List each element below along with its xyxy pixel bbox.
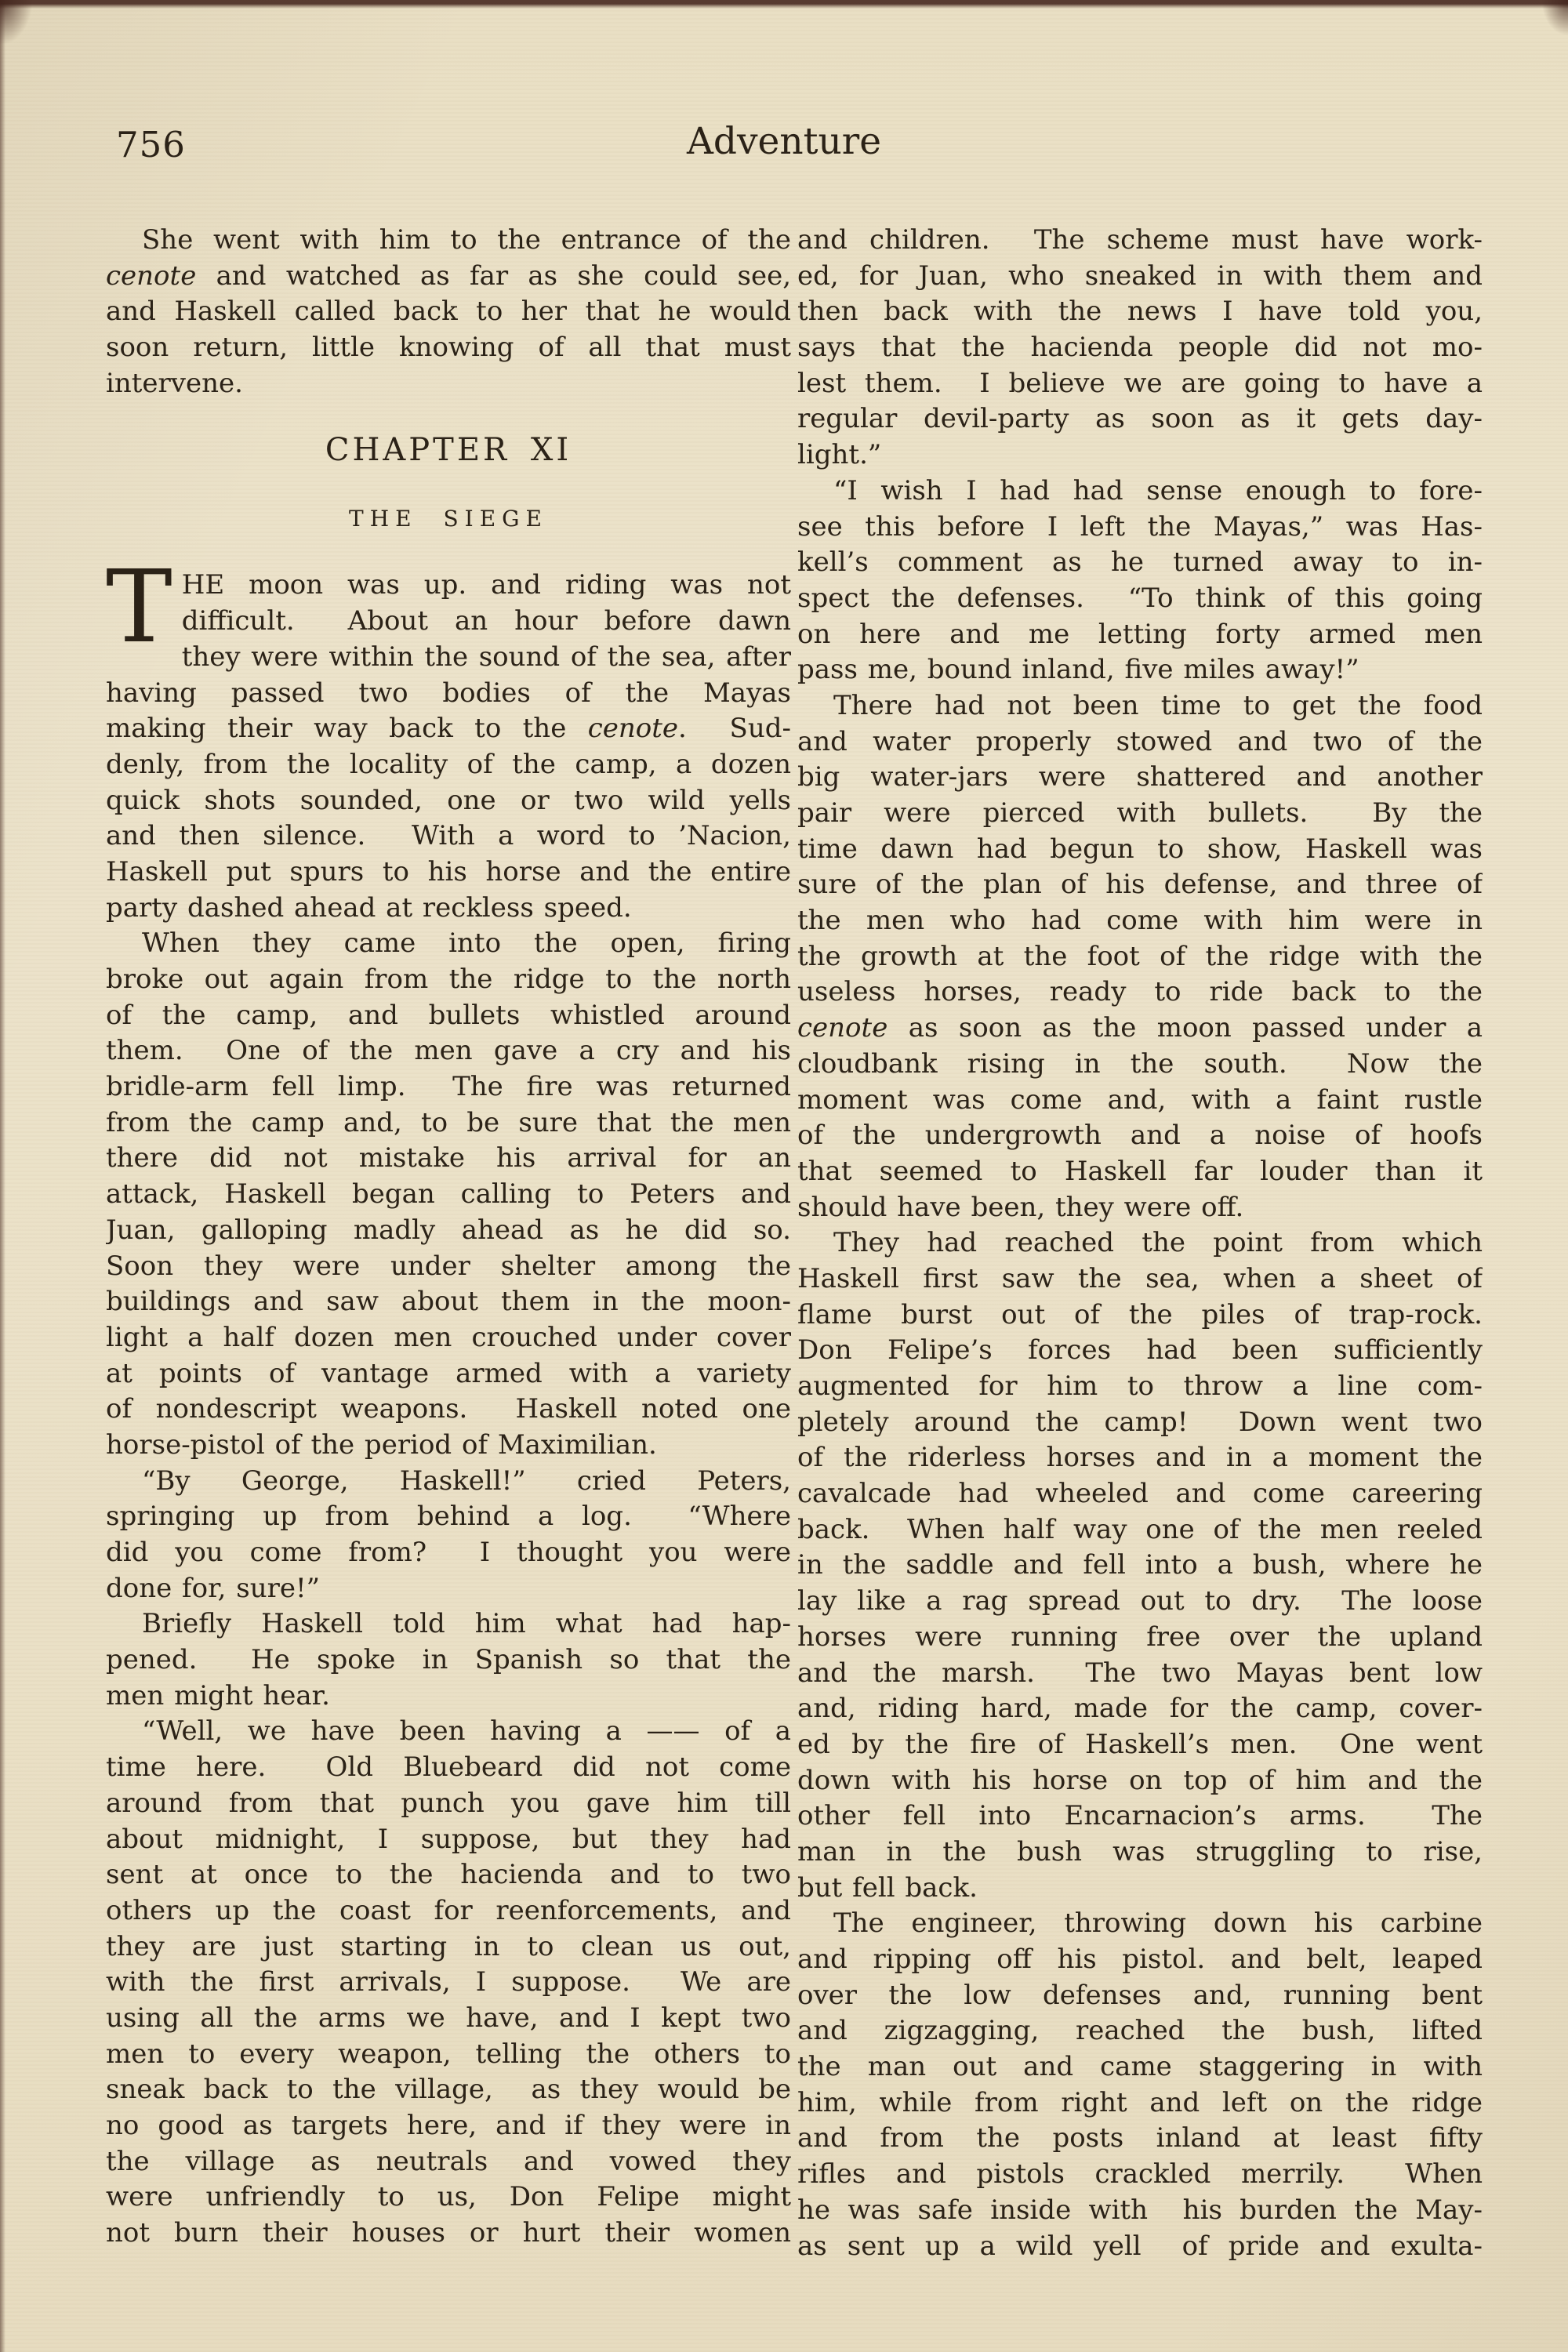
text-line: cavalcade had wheeled and come careering	[797, 1476, 1483, 1512]
text-line: in the saddle and fell into a bush, wher…	[797, 1548, 1483, 1584]
text-line: there did not mistake his arrival for an	[106, 1141, 791, 1177]
text-line: says that the hacienda people did not mo…	[797, 330, 1483, 366]
text-line: of the camp, and bullets whistled around	[106, 998, 791, 1034]
text-line: they were within the sound of the sea, a…	[182, 640, 791, 676]
text-line: he was safe inside with his burden the M…	[797, 2193, 1483, 2229]
text-line: of the riderless horses and in a moment …	[797, 1440, 1483, 1476]
text-line: the growth at the foot of the ridge with…	[797, 939, 1483, 975]
paragraph: Briefly Haskell told him what had hap-pe…	[106, 1606, 791, 1714]
text-line: ed by the fire of Haskell’s men. One wen…	[797, 1727, 1483, 1763]
sub-heading: THE SIEGE	[106, 505, 791, 533]
paragraph: They had reached the point from whichHas…	[797, 1225, 1483, 1906]
text-line: lay like a rag spread out to dry. The lo…	[797, 1584, 1483, 1620]
text-line: Haskell first saw the sea, when a sheet …	[797, 1261, 1483, 1298]
paragraph: She went with him to the entrance of the…	[106, 223, 791, 401]
text-line: pletely around the camp! Down went two	[797, 1405, 1483, 1441]
scan-edge-left	[0, 0, 5, 2352]
text-line: “By George, Haskell!” cried Peters,	[106, 1464, 791, 1500]
text-line: light a half dozen men crouched under co…	[106, 1320, 791, 1356]
left-column: She went with him to the entrance of the…	[106, 223, 791, 2252]
text-line: of the undergrowth and a noise of hoofs	[797, 1118, 1483, 1154]
text-line: not burn their houses or hurt their wome…	[106, 2216, 791, 2252]
text-line: but fell back.	[797, 1871, 1483, 1907]
text-line: kell’s comment as he turned away to in-	[797, 545, 1483, 581]
text-line: springing up from behind a log. “Where	[106, 1499, 791, 1535]
text-line: man in the bush was struggling to rise,	[797, 1835, 1483, 1871]
text-line: difficult. About an hour before dawn	[182, 604, 791, 640]
text-line: on here and me letting forty armed men	[797, 617, 1483, 653]
text-line: and ripping off his pistol. and belt, le…	[797, 1942, 1483, 1978]
text-line: bridle-arm fell limp. The fire was retur…	[106, 1069, 791, 1105]
text-line: and then silence. With a word to ’Nacion…	[106, 818, 791, 855]
text-line: horses were running free over the upland	[797, 1620, 1483, 1656]
text-line: denly, from the locality of the camp, a …	[106, 747, 791, 783]
text-line: at points of vantage armed with a variet…	[106, 1356, 791, 1392]
text-line: him, while from right and left on the ri…	[797, 2085, 1483, 2122]
text-line: they are just starting in to clean us ou…	[106, 1929, 791, 1965]
text-line: them. One of the men gave a cry and his	[106, 1033, 791, 1069]
text-line: and children. The scheme must have work-	[797, 223, 1483, 259]
text-line: of nondescript weapons. Haskell noted on…	[106, 1392, 791, 1428]
text-line: men to every weapon, telling the others …	[106, 2037, 791, 2073]
text-line: sure of the plan of his defense, and thr…	[797, 867, 1483, 903]
text-line: the village as neutrals and vowed they	[106, 2144, 791, 2180]
text-line: and water properly stowed and two of the	[797, 724, 1483, 760]
text-line: done for, sure!”	[106, 1571, 791, 1607]
text-line: Juan, galloping madly ahead as he did so…	[106, 1213, 791, 1249]
paragraph: There had not been time to get the fooda…	[797, 688, 1483, 1225]
text-line: She went with him to the entrance of the	[106, 223, 791, 259]
text-line: see this before I left the Mayas,” was H…	[797, 510, 1483, 546]
text-line: over the low defenses and, running bent	[797, 1978, 1483, 2014]
text-line: and zigzagging, reached the bush, lifted	[797, 2013, 1483, 2049]
text-line: spect the defenses. “To think of this go…	[797, 581, 1483, 617]
text-line: Briefly Haskell told him what had hap-	[106, 1606, 791, 1642]
text-line: and the marsh. The two Mayas bent low	[797, 1656, 1483, 1692]
chapter-heading: CHAPTER XI	[106, 431, 791, 469]
text-line: regular devil-party as soon as it gets d…	[797, 401, 1483, 437]
text-line: quick shots sounded, one or two wild yel…	[106, 783, 791, 819]
text-line: and from the posts inland at least fifty	[797, 2121, 1483, 2157]
text-line: time here. Old Bluebeard did not come	[106, 1750, 791, 1786]
text-line: were unfriendly to us, Don Felipe might	[106, 2180, 791, 2216]
text-line: ed, for Juan, who sneaked in with them a…	[797, 259, 1483, 295]
magazine-page: 756 Adventure She went with him to the e…	[0, 0, 1568, 2352]
text-line: pened. He spoke in Spanish so that the	[106, 1642, 791, 1679]
text-line: should have been, they were off.	[797, 1190, 1483, 1226]
scan-corner-top-left	[0, 0, 33, 45]
text-line: did you come from? I thought you were	[106, 1535, 791, 1571]
text-line: augmented for him to throw a line com-	[797, 1369, 1483, 1405]
paragraph: The engineer, throwing down his carbinea…	[797, 1906, 1483, 2264]
text-line: buildings and saw about them in the moon…	[106, 1284, 791, 1320]
text-line: “I wish I had had sense enough to fore-	[797, 474, 1483, 510]
text-line: making their way back to the cenote. Sud…	[106, 711, 791, 747]
text-line: about midnight, I suppose, but they had	[106, 1822, 791, 1858]
text-line: soon return, little knowing of all that …	[106, 330, 791, 366]
text-line: useless horses, ready to ride back to th…	[797, 975, 1483, 1011]
text-line: and, riding hard, made for the camp, cov…	[797, 1691, 1483, 1727]
text-line: cloudbank rising in the south. Now the	[797, 1047, 1483, 1083]
text-line: men might hear.	[106, 1679, 791, 1715]
text-line: and Haskell called back to her that he w…	[106, 294, 791, 330]
text-line: intervene.	[106, 366, 791, 402]
text-line: Soon they were under shelter among the	[106, 1249, 791, 1285]
text-line: having passed two bodies of the Mayas	[106, 676, 791, 712]
text-line: other fell into Encarnacion’s arms. The	[797, 1798, 1483, 1835]
text-line: as sent up a wild yell of pride and exul…	[797, 2229, 1483, 2265]
paragraph: “I wish I had had sense enough to fore-s…	[797, 474, 1483, 688]
text-line: with the first arrivals, I suppose. We a…	[106, 1965, 791, 2001]
text-line: lest them. I believe we are going to hav…	[797, 366, 1483, 402]
text-line: “Well, we have been having a —— of a	[106, 1714, 791, 1750]
text-line: moment was come and, with a faint rustle	[797, 1083, 1483, 1119]
text-line: sent at once to the hacienda and to two	[106, 1857, 791, 1893]
text-line: back. When half way one of the men reele…	[797, 1512, 1483, 1548]
text-line: They had reached the point from which	[797, 1225, 1483, 1261]
text-line: around from that punch you gave him till	[106, 1786, 791, 1822]
text-line: others up the coast for reenforcements, …	[106, 1893, 791, 1929]
text-line: Don Felipe’s forces had been sufficientl…	[797, 1333, 1483, 1369]
text-line: HE moon was up. and riding was not	[182, 568, 791, 604]
running-title: Adventure	[0, 120, 1568, 163]
text-line: cenote as soon as the moon passed under …	[797, 1011, 1483, 1047]
scan-edge-top	[0, 0, 1568, 9]
text-line: sneak back to the village, as they would…	[106, 2072, 791, 2108]
paragraph: “Well, we have been having a —— of atime…	[106, 1714, 791, 2251]
text-line: broke out again from the ridge to the no…	[106, 962, 791, 998]
text-line: pass me, bound inland, five miles away!”	[797, 652, 1483, 688]
text-line: down with his horse on top of him and th…	[797, 1763, 1483, 1799]
paragraph: THE moon was up. and riding was notdiffi…	[106, 568, 791, 926]
text-line: horse-pistol of the period of Maximilian…	[106, 1428, 791, 1464]
text-line: When they came into the open, firing	[106, 926, 791, 962]
paragraph: “By George, Haskell!” cried Peters,sprin…	[106, 1464, 791, 1607]
text-line: light.”	[797, 437, 1483, 474]
text-line: then back with the news I have told you,	[797, 294, 1483, 330]
text-line: rifles and pistols crackled merrily. Whe…	[797, 2157, 1483, 2193]
right-column: and children. The scheme must have work-…	[797, 223, 1483, 2264]
paragraph: and children. The scheme must have work-…	[797, 223, 1483, 474]
drop-cap: T	[106, 569, 172, 644]
text-line: pair were pierced with bullets. By the	[797, 796, 1483, 832]
text-line: that seemed to Haskell far louder than i…	[797, 1154, 1483, 1190]
text-line: the men who had come with him were in	[797, 903, 1483, 939]
text-line: using all the arms we have, and I kept t…	[106, 2001, 791, 2037]
text-line: big water-jars were shattered and anothe…	[797, 760, 1483, 796]
text-line: cenote and watched as far as she could s…	[106, 259, 791, 295]
text-line: from the camp and, to be sure that the m…	[106, 1105, 791, 1142]
text-line: The engineer, throwing down his carbine	[797, 1906, 1483, 1942]
text-line: There had not been time to get the food	[797, 688, 1483, 724]
text-line: the man out and came staggering in with	[797, 2049, 1483, 2085]
text-line: party dashed ahead at reckless speed.	[106, 891, 791, 927]
text-line: Haskell put spurs to his horse and the e…	[106, 855, 791, 891]
text-line: flame burst out of the piles of trap-roc…	[797, 1298, 1483, 1334]
text-line: attack, Haskell began calling to Peters …	[106, 1177, 791, 1213]
text-line: no good as targets here, and if they wer…	[106, 2108, 791, 2144]
scan-corner-top-right	[1541, 0, 1568, 36]
paragraph: When they came into the open, firingbrok…	[106, 926, 791, 1463]
text-line: time dawn had begun to show, Haskell was	[797, 832, 1483, 868]
